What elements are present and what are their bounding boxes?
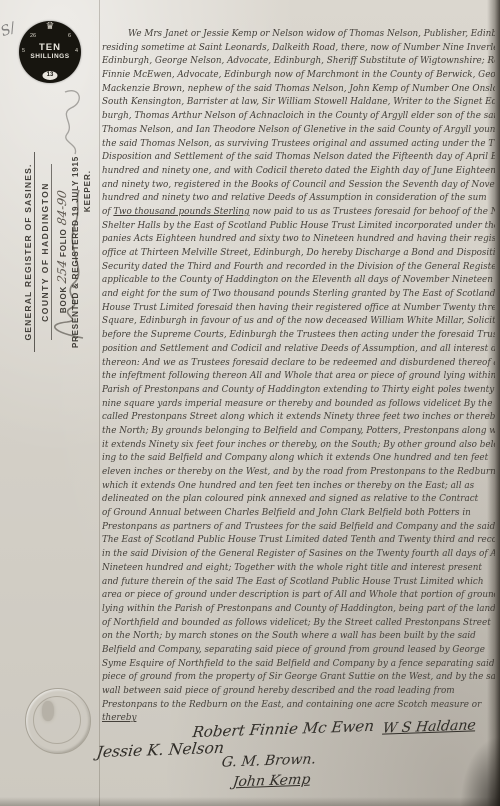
- document-line: South Kensington, Barrister at law, Sir …: [102, 96, 495, 110]
- embossed-seal-motif: [42, 701, 54, 721]
- document-line: House Trust Limited foresaid then having…: [102, 302, 495, 316]
- stamp-bottom-number: 13: [43, 71, 58, 80]
- pencil-mark: [45, 84, 100, 159]
- page-shadow-right: [487, 0, 500, 806]
- stamp-value-line1: TEN: [19, 42, 81, 53]
- document-line: Syme Esquire of Northfield to the said B…: [102, 658, 495, 672]
- document-line: applicable to the County of Haddington o…: [102, 274, 495, 288]
- document-line: which it extends One hundred and ten fee…: [102, 480, 495, 494]
- presented-label: PRESENTED & REGISTERED: [71, 219, 80, 348]
- stamp-presented: PRESENTED & REGISTERED 19 JULY 1915: [71, 152, 80, 352]
- document-line: in the said Division of the General Regi…: [102, 548, 495, 562]
- document-line: piece of ground from the property of Sir…: [102, 671, 495, 685]
- embossed-seal-inner-ring: [33, 696, 81, 744]
- document-line: Finnie McEwen, Advocate, Edinburgh now o…: [102, 69, 495, 83]
- stamp-book-folio: BOOK 254 FOLIO 84-90: [55, 152, 69, 352]
- revenue-stamp: ♛ 26 6 5 4 TEN SHILLINGS 13: [19, 21, 81, 83]
- signature-brown: G. M. Brown.: [221, 751, 317, 770]
- document-line: Parish of Prestonpans and County of Hadd…: [102, 384, 495, 398]
- signature-haldane: W S Haldane: [382, 717, 477, 736]
- document-line: Edinburgh, George Nelson, Advocate, Edin…: [102, 55, 495, 69]
- document-line: of Northfield and bounded as follows vid…: [102, 617, 495, 631]
- document-line: and future therein of the said The East …: [102, 576, 495, 590]
- document-line: Security dated the Third and Fourth and …: [102, 261, 495, 275]
- signature-kemp: John Kemp: [232, 772, 311, 791]
- document-line: office at Thirteen Melville Street, Edin…: [102, 247, 495, 261]
- paper-crease: [99, 0, 100, 806]
- document-line: area or piece of ground under descriptio…: [102, 589, 495, 603]
- document-line: Square, Edinburgh in favour of us and of…: [102, 315, 495, 329]
- document-line: Mackenzie Brown, nephew of the said Thom…: [102, 83, 495, 97]
- stamp-value-line2: SHILLINGS: [19, 53, 81, 60]
- document-line: of Two thousand pounds Sterling now paid…: [102, 206, 495, 220]
- document-line: on the North; by march stones on the Sou…: [102, 630, 495, 644]
- document-line: panies Acts Eighteen hundred and sixty t…: [102, 233, 495, 247]
- document-line: lying within the Parish of Prestonpans a…: [102, 603, 495, 617]
- document-line: the said Thomas Nelson, as surviving Tru…: [102, 138, 495, 152]
- keeper-label: KEEPER.: [83, 152, 92, 352]
- document-line: wall between said piece of ground hereby…: [102, 685, 495, 699]
- stamp-corner-number: 6: [68, 33, 71, 39]
- document-line: it extends Ninety six feet four inches o…: [102, 439, 495, 453]
- document-line: burgh, Thomas Arthur Nelson of Achnacloi…: [102, 110, 495, 124]
- document-line: and ninety two, registered in the Books …: [102, 179, 495, 193]
- book-label: BOOK: [59, 286, 68, 313]
- document-line: residing sometime at Saint Leonards, Dal…: [102, 42, 495, 56]
- folio-value: 84-90: [55, 190, 69, 227]
- sasines-registration-stamp: GENERAL REGISTER OF SASINES. COUNTY OF H…: [23, 152, 101, 352]
- document-line: We Mrs Janet or Jessie Kemp or Nelson wi…: [102, 28, 495, 42]
- document-line: The East of Scotland Public House Trust …: [102, 534, 495, 548]
- page-shadow-corner: [460, 736, 500, 806]
- date-value: 19 JULY 1915: [71, 156, 80, 216]
- document-lines: We Mrs Janet or Jessie Kemp or Nelson wi…: [102, 28, 495, 726]
- document-line: delineated on the plan coloured pink ann…: [102, 493, 495, 507]
- document-line: hundred and ninety one, and with Codicil…: [102, 165, 495, 179]
- document-line: ing to the said Belfield and Company alo…: [102, 452, 495, 466]
- document-line: the infeftment following thereon All and…: [102, 370, 495, 384]
- document-line: and eight for the sum of Two thousand po…: [102, 288, 495, 302]
- document-line: thereon: And we as Trustees foresaid dec…: [102, 357, 495, 371]
- pencil-corner-mark: S/: [0, 20, 18, 40]
- document-line: the North; By grounds belonging to Belfi…: [102, 425, 495, 439]
- stamp-corner-number: 26: [30, 33, 36, 39]
- document-page: ♛ 26 6 5 4 TEN SHILLINGS 13 S/ GENERAL R…: [0, 0, 500, 806]
- document-line: hundred and ninety two and relative Deed…: [102, 192, 495, 206]
- document-line: before the Supreme Courts, Edinburgh the…: [102, 329, 495, 343]
- document-line: position and Settlement and Codicil and …: [102, 343, 495, 357]
- page-shadow-bottom: [0, 797, 500, 806]
- folio-label: FOLIO: [59, 229, 68, 257]
- stamp-title: GENERAL REGISTER OF SASINES.: [23, 152, 35, 352]
- document-line: of Ground Annual between Charles Belfiel…: [102, 507, 495, 521]
- document-line: Disposition and Settlement of the said T…: [102, 151, 495, 165]
- document-line: eleven inches or thereby on the West, an…: [102, 466, 495, 480]
- document-line: Shelter Halls by the East of Scotland Pu…: [102, 220, 495, 234]
- document-line: Nineteen hundred and eight; Together wit…: [102, 562, 495, 576]
- document-line: Thomas Nelson, and Ian Theodore Nelson o…: [102, 124, 495, 138]
- document-line: Prestonpans to the Redburn on the East, …: [102, 699, 495, 713]
- book-value: 254: [55, 259, 69, 284]
- crown-icon: ♛: [19, 22, 81, 32]
- stamp-county: COUNTY OF HADDINGTON: [39, 164, 52, 340]
- document-line: Prestonpans as partners of and Trustees …: [102, 521, 495, 535]
- document-line: nine square yards imperial measure or th…: [102, 398, 495, 412]
- document-line: Belfield and Company, separating said pi…: [102, 644, 495, 658]
- signature-nelson: Jessie K. Nelson: [96, 739, 226, 761]
- embossed-seal: [25, 688, 91, 754]
- document-line: called Prestonpans Street along which it…: [102, 411, 495, 425]
